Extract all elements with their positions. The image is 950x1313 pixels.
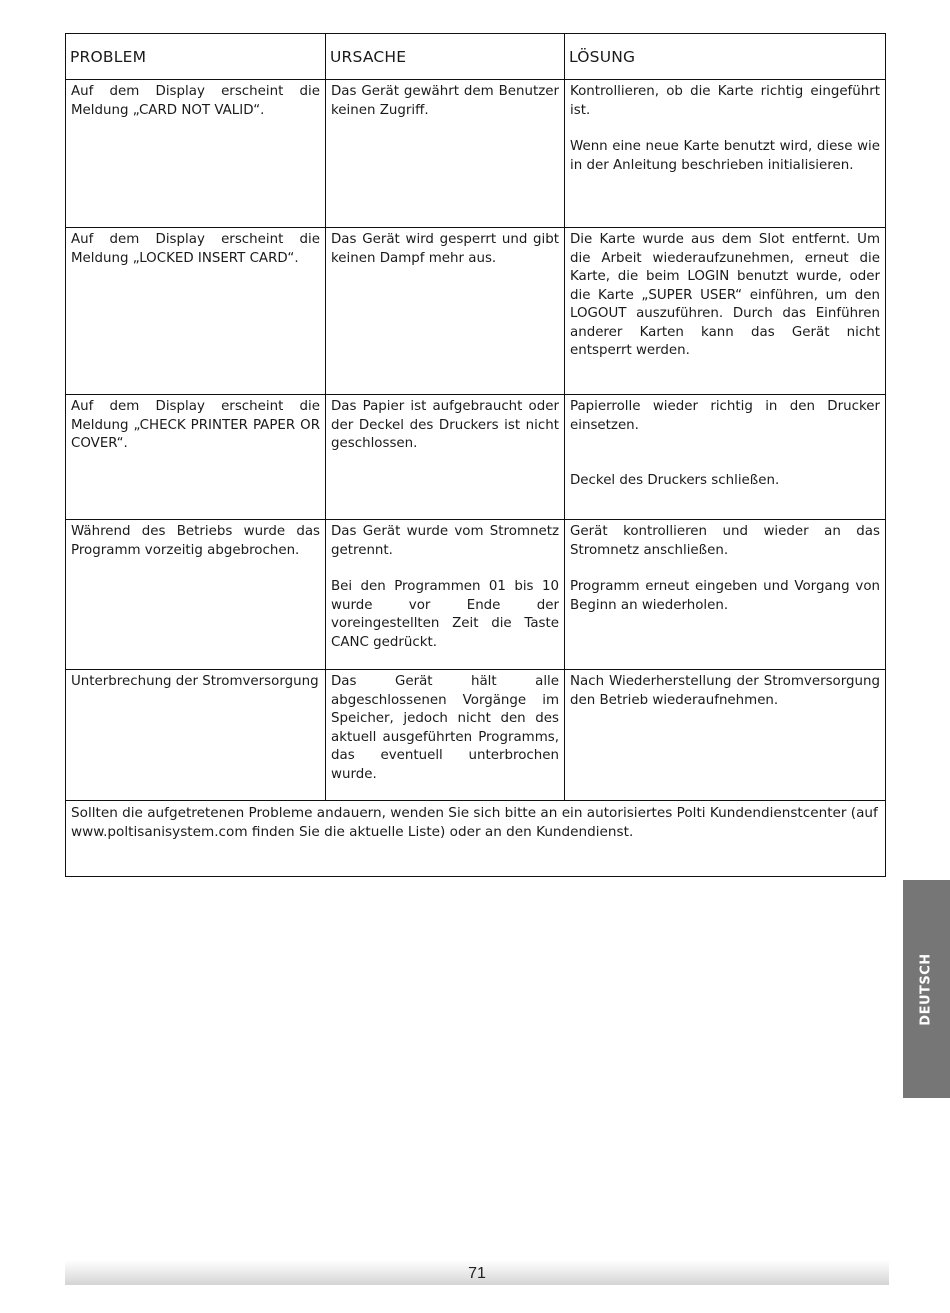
solution-cell: Die Karte wurde aus dem Slot entfernt. U… (565, 228, 886, 395)
header-problem: PROBLEM (66, 34, 326, 80)
problem-text: Während des Betriebs wurde das Programm … (71, 523, 320, 560)
footer-bar: 71 (65, 1260, 889, 1285)
header-solution: LÖSUNG (565, 34, 886, 80)
cause-cell: Das Gerät gewährt dem Benutzer keinen Zu… (326, 80, 565, 228)
table-row: Auf dem Display erscheint die Meldung „C… (66, 80, 886, 228)
page-number: 71 (468, 1265, 486, 1282)
table-row: Unterbrechung der Stromversorgung Das Ge… (66, 670, 886, 801)
language-tab-label: DEUTSCH (919, 953, 934, 1025)
footnote-text: Sollten die aufgetretenen Probleme andau… (66, 801, 886, 877)
problem-cell: Während des Betriebs wurde das Programm … (66, 520, 326, 670)
solution-text: Programm erneut eingeben und Vorgang von… (570, 578, 880, 615)
solution-text: Gerät kontrollieren und wieder an das St… (570, 523, 880, 560)
problem-cell: Auf dem Display erscheint die Meldung „C… (66, 80, 326, 228)
cause-cell: Das Gerät hält alle abgeschlossenen Vorg… (326, 670, 565, 801)
solution-cell: Gerät kontrollieren und wieder an das St… (565, 520, 886, 670)
problem-text: Auf dem Display erscheint die Meldung „C… (71, 398, 320, 454)
cause-text: Das Papier ist aufgebraucht oder der Dec… (331, 398, 559, 454)
problem-cell: Auf dem Display erscheint die Meldung „C… (66, 395, 326, 520)
solution-text: Papierrolle wieder richtig in den Drucke… (570, 398, 880, 435)
cause-text: Bei den Programmen 01 bis 10 wurde vor E… (331, 578, 559, 652)
cause-text: Das Gerät wird gesperrt und gibt keinen … (331, 231, 559, 268)
table-row: Auf dem Display erscheint die Meldung „L… (66, 228, 886, 395)
table-header-row: PROBLEM URSACHE LÖSUNG (66, 34, 886, 80)
language-tab: DEUTSCH (903, 880, 950, 1098)
problem-text: Auf dem Display erscheint die Meldung „C… (71, 83, 320, 120)
solution-text: Nach Wiederherstellung der Stromversorgu… (570, 673, 880, 710)
table-row: Auf dem Display erscheint die Meldung „C… (66, 395, 886, 520)
problem-cell: Unterbrechung der Stromversorgung (66, 670, 326, 801)
solution-text: Deckel des Druckers schließen. (570, 472, 880, 491)
solution-cell: Papierrolle wieder richtig in den Drucke… (565, 395, 886, 520)
cause-text: Das Gerät hält alle abgeschlossenen Vorg… (331, 673, 559, 784)
table-row: Während des Betriebs wurde das Programm … (66, 520, 886, 670)
cause-cell: Das Gerät wird gesperrt und gibt keinen … (326, 228, 565, 395)
solution-text: Kontrollieren, ob die Karte richtig eing… (570, 83, 880, 120)
header-cause: URSACHE (326, 34, 565, 80)
troubleshooting-table: PROBLEM URSACHE LÖSUNG Auf dem Display e… (65, 33, 886, 877)
problem-text: Auf dem Display erscheint die Meldung „L… (71, 231, 320, 268)
cause-text: Das Gerät gewährt dem Benutzer keinen Zu… (331, 83, 559, 120)
solution-cell: Kontrollieren, ob die Karte richtig eing… (565, 80, 886, 228)
solution-text: Wenn eine neue Karte benutzt wird, diese… (570, 138, 880, 175)
problem-text: Unterbrechung der Stromversorgung (71, 673, 320, 692)
problem-cell: Auf dem Display erscheint die Meldung „L… (66, 228, 326, 395)
footnote-row: Sollten die aufgetretenen Probleme andau… (66, 801, 886, 877)
cause-cell: Das Papier ist aufgebraucht oder der Dec… (326, 395, 565, 520)
cause-text: Das Gerät wurde vom Stromnetz getrennt. (331, 523, 559, 560)
cause-cell: Das Gerät wurde vom Stromnetz getrennt. … (326, 520, 565, 670)
solution-text: Die Karte wurde aus dem Slot entfernt. U… (570, 231, 880, 361)
solution-cell: Nach Wiederherstellung der Stromversorgu… (565, 670, 886, 801)
